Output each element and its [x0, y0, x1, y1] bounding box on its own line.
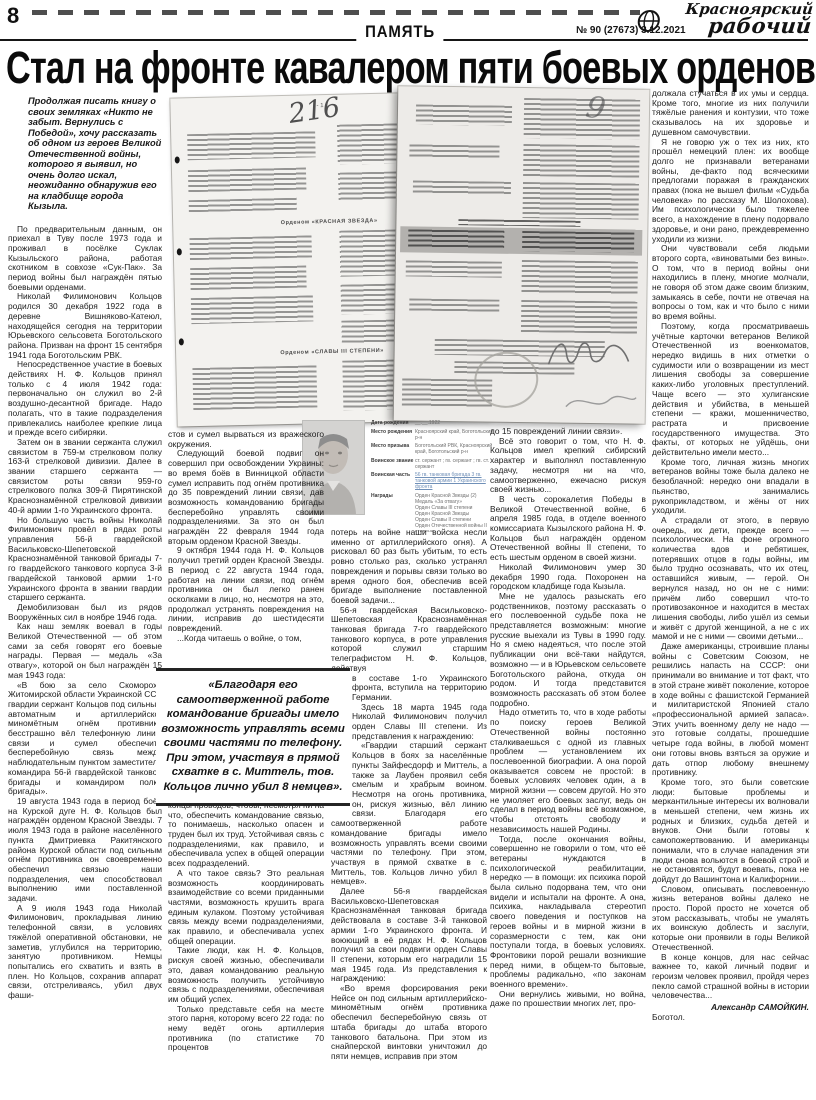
veteran-record-card: Дата рождения __.__.1922 Место рождения … [371, 420, 498, 532]
article-column-3: потерь на войне наши войска несли именно… [331, 528, 487, 1096]
card-field-value: Красноярский край, Боготольский р-н [415, 429, 498, 441]
highlighted-row [400, 226, 642, 255]
paragraph: Затем он в звании сержанта служил связис… [8, 438, 162, 516]
typed-text-block [521, 300, 637, 334]
paragraph: Николай Филимонович умер 30 декабря 1990… [490, 563, 646, 592]
paragraph: Николай Филимонович Кольцов родился 30 д… [8, 292, 162, 360]
section-title: ПАМЯТЬ [356, 22, 444, 42]
typed-heading-block [458, 219, 580, 227]
paragraph: Даже американцы, строившие планы войны с… [652, 642, 809, 778]
handwritten-scribble [562, 387, 640, 418]
typed-text-block [189, 198, 297, 212]
typed-text-block [524, 98, 641, 140]
card-field-label: Воинская часть [371, 472, 415, 490]
article-column-4: до 15 повреждений линии связи». Всё это … [490, 427, 646, 1096]
handwritten-signature [542, 330, 635, 377]
paragraph: должала стучаться в их умы и сердца. Кро… [652, 89, 809, 138]
paragraph: Тогда, после окончания войны, совершенно… [490, 835, 646, 990]
paragraph: 9 октября 1944 года Н. Ф. Кольцов получи… [168, 546, 324, 633]
typed-text-block [189, 235, 311, 260]
globe-icon [635, 9, 662, 36]
card-field-label: Награды [371, 493, 415, 533]
pull-quote: «Благодаря его самоотверженной работе ко… [156, 668, 350, 806]
card-row: Воинское звание ст. сержант ; гв. сержан… [371, 458, 498, 470]
typed-text-block [187, 131, 316, 160]
typed-text-block [408, 229, 504, 248]
card-field-value: __.__.1922 [415, 420, 498, 426]
awards-list: Орден Красной Звезды (2) Медаль «За отва… [415, 493, 498, 533]
paragraph: Я не говорю уж о тех из них, кто прошёл … [652, 138, 809, 245]
paragraph: Кроме того, личная жизнь многих ветерано… [652, 458, 809, 516]
typed-text-block [409, 298, 499, 311]
paragraph: 19 августа 1943 года в период боёв на Ку… [8, 797, 162, 904]
page-number: 8 [7, 3, 19, 29]
typed-text-block [523, 182, 639, 220]
scanned-document-page-2: 9 [394, 86, 650, 423]
typed-text-block [522, 231, 634, 253]
paragraph: Непосредственное участие в боевых действ… [8, 360, 162, 438]
newspaper-page: 8 ПАМЯТЬ № 90 (27673) 3.12.2021 Краснояр… [0, 0, 816, 1100]
paragraph: Только представьте себя на месте этого п… [168, 1005, 324, 1054]
typed-text-block [191, 295, 314, 324]
card-field-label: Дата рождения [371, 420, 415, 426]
paragraph: Но большую часть войны Николай Филимонов… [8, 516, 162, 603]
fold-dashes-decoration [32, 10, 640, 15]
card-field-label: Место рождения [371, 429, 415, 441]
punch-hole [175, 156, 180, 163]
paragraph: Здесь 18 марта 1945 года Николай Филимон… [331, 703, 487, 742]
typed-text-block [409, 144, 499, 159]
paragraph: Надо отметить то, что в ходе работы по п… [490, 708, 646, 834]
paragraph: Всё это говорит о том, что Н. Ф. Кольцов… [490, 437, 646, 495]
typed-text-block [190, 266, 306, 291]
paragraph: «Гвардии старший сержант Кольцов в боях … [331, 741, 487, 887]
paragraph: ...Когда читаешь о войне, о том, [168, 634, 324, 644]
card-row-awards: Награды Орден Красной Звезды (2) Медаль … [371, 493, 498, 533]
card-row: Место рождения Красноярский край, Богото… [371, 429, 498, 441]
lead-paragraph: Продолжая писать книгу о своих земляках … [8, 96, 162, 212]
byline-place: Боготол. [652, 1013, 809, 1023]
paragraph: Они вернулись живыми, но война, даже по … [490, 990, 646, 1009]
card-row: Место призыва Боготольский РВК, Краснояр… [371, 443, 498, 455]
card-field-value: Боготольский РВК, Красноярский край, Бог… [415, 443, 498, 455]
punch-hole [179, 338, 184, 345]
card-row: Воинская часть 56 гв. танковая бригада 3… [371, 472, 498, 490]
paragraph: Демобилизован был из рядов Вооружённых с… [8, 603, 162, 622]
paragraph: Следующий боевой подвиг он совершил при … [168, 449, 324, 546]
card-field-value: ст. сержант ; гв. сержант ; гв. ст. серж… [415, 458, 498, 470]
article-column-1: Продолжая писать книгу о своих земляках … [8, 96, 162, 1096]
handwritten-number: 216 [287, 92, 342, 130]
paragraph: В конце концов, для нас сейчас важнее то… [652, 953, 809, 1002]
paragraph: Кроме того, это были советские люди: быт… [652, 778, 809, 885]
punch-hole [177, 248, 182, 255]
paragraph: В честь сорокалетия Победы в Великой Оте… [490, 495, 646, 563]
military-unit-link: 56 гв. танковая бригада 3 гв. танковой а… [415, 472, 498, 490]
paragraph: в составе 1-го Украинского фронта, вступ… [331, 674, 487, 703]
award-documents-scan: - 1 - 216 Орденом «КРАСНАЯ ЗВЕЗДА» Орден… [168, 88, 648, 428]
typed-text-block [188, 168, 306, 193]
paragraph: А что такое связь? Это реальная возможно… [168, 869, 324, 947]
paragraph: Поэтому, когда просматриваешь учётные ка… [652, 322, 809, 458]
typed-text-block [406, 260, 502, 277]
paragraph: Словом, описывать послевоенную жизнь вет… [652, 885, 809, 953]
paragraph: Такие люди, как Н. Ф. Кольцов, рискуя св… [168, 946, 324, 1004]
paragraph: «В бою за село Скоморохи Житомирской обл… [8, 681, 162, 797]
paragraph: Как наш земляк воевал в годы Великой Оте… [8, 622, 162, 680]
article-headline: Стал на фронте кавалером пяти боевых орд… [6, 42, 812, 88]
typed-text-block [192, 365, 317, 410]
paragraph: А 9 июля 1943 года Николай Филимонович, … [8, 904, 162, 1001]
paragraph: стов и сумел вырваться из вражеского окр… [168, 430, 324, 449]
paragraph: Далее 56-я гвардейская Васильковско-Шепе… [331, 887, 487, 984]
article-column-5: должала стучаться в их умы и сердца. Кро… [652, 89, 809, 1096]
typed-text-block [413, 180, 511, 195]
paragraph: А страдали от этого, в первую очередь, и… [652, 516, 809, 642]
card-row: Дата рождения __.__.1922 [371, 420, 498, 426]
typed-text-block [523, 144, 639, 178]
paragraph: потерь на войне наши войска несли именно… [331, 528, 487, 606]
typed-text-block [416, 105, 512, 126]
paragraph: Мне не удалось разыскать его родственник… [490, 592, 646, 708]
card-field-label: Воинское звание [371, 458, 415, 470]
typed-text-block [521, 260, 637, 296]
paragraph: «Во время форсирования реки Нейсе он под… [331, 984, 487, 1062]
paragraph: Они чувствовали себя людьми второго сорт… [652, 244, 809, 322]
paragraph: 56-я гвардейская Васильковско-Шепетовска… [331, 606, 487, 674]
logo-line-2: рабочий [655, 15, 812, 36]
card-field-label: Место призыва [371, 443, 415, 455]
newspaper-logo: Красноярский рабочий [655, 2, 814, 36]
paragraph: По предварительным данным, он приехал в … [8, 225, 162, 293]
